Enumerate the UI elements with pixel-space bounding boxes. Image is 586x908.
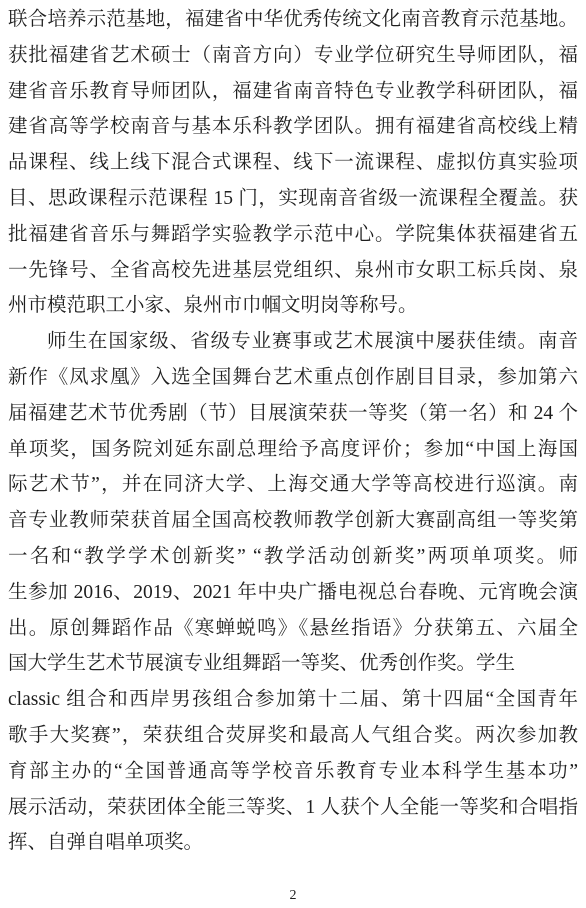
text-line: 育部主办的“全国普通高等学校音乐教育专业本科学生基本功” bbox=[8, 754, 578, 790]
text-line: 批福建省音乐与舞蹈学实验教学示范中心。学院集体获福建省五 bbox=[8, 217, 578, 253]
text-line: classic 组合和西岸男孩组合参加第十二届、第十四届“全国青年 bbox=[8, 682, 578, 718]
text-line: 目、思政课程示范课程 15 门，实现南音省级一流课程全覆盖。获 bbox=[8, 181, 578, 217]
page-number: 2 bbox=[0, 888, 586, 904]
text-line: 建省音乐教育导师团队，福建省南音特色专业教学科研团队，福 bbox=[8, 74, 578, 110]
text-line: 出。原创舞蹈作品《寒蝉蜕鸣》《悬丝指语》分获第五、六届全 bbox=[8, 611, 578, 647]
text-line: 品课程、线上线下混合式课程、线下一流课程、虚拟仿真实验项 bbox=[8, 145, 578, 181]
text-line: 歌手大奖赛”，荣获组合荧屏奖和最高人气组合奖。两次参加教 bbox=[8, 718, 578, 754]
text-line: 挥、自弹自唱单项奖。 bbox=[8, 825, 578, 861]
text-line: 单项奖，国务院刘延东副总理给予高度评价；参加“中国上海国 bbox=[8, 432, 578, 468]
text-line: 届福建艺术节优秀剧（节）目展演荣获一等奖（第一名）和 24 个 bbox=[8, 396, 578, 432]
body-text: 联合培养示范基地，福建省中华优秀传统文化南音教育示范基地。 获批福建省艺术硕士（… bbox=[8, 2, 578, 861]
text-line: 州市模范职工小家、泉州市巾帼文明岗等称号。 bbox=[8, 288, 578, 324]
text-line: 获批福建省艺术硕士（南音方向）专业学位研究生导师团队，福 bbox=[8, 38, 578, 74]
text-line: 建省高等学校南音与基本乐科教学团队。拥有福建省高校线上精 bbox=[8, 109, 578, 145]
document-page: 联合培养示范基地，福建省中华优秀传统文化南音教育示范基地。 获批福建省艺术硕士（… bbox=[0, 0, 586, 908]
text-line: 音专业教师荣获首届全国高校教师教学创新大赛副高组一等奖第 bbox=[8, 503, 578, 539]
text-line: 联合培养示范基地，福建省中华优秀传统文化南音教育示范基地。 bbox=[8, 2, 578, 38]
text-line: 一名和“教学学术创新奖” “教学活动创新奖”两项单项奖。师 bbox=[8, 539, 578, 575]
text-line: 师生在国家级、省级专业赛事或艺术展演中屡获佳绩。南音 bbox=[8, 324, 578, 360]
text-line: 新作《凤求凰》入选全国舞台艺术重点创作剧目目录，参加第六 bbox=[8, 360, 578, 396]
text-line: 一先锋号、全省高校先进基层党组织、泉州市女职工标兵岗、泉 bbox=[8, 253, 578, 289]
text-line: 际艺术节”，并在同济大学、上海交通大学等高校进行巡演。南 bbox=[8, 467, 578, 503]
text-line: 展示活动，荣获团体全能三等奖、1 人获个人全能一等奖和合唱指 bbox=[8, 790, 578, 826]
text-line: 生参加 2016、2019、2021 年中央广播电视总台春晚、元宵晚会演 bbox=[8, 575, 578, 611]
text-line: 国大学生艺术节展演专业组舞蹈一等奖、优秀创作奖。学生 bbox=[8, 646, 578, 682]
